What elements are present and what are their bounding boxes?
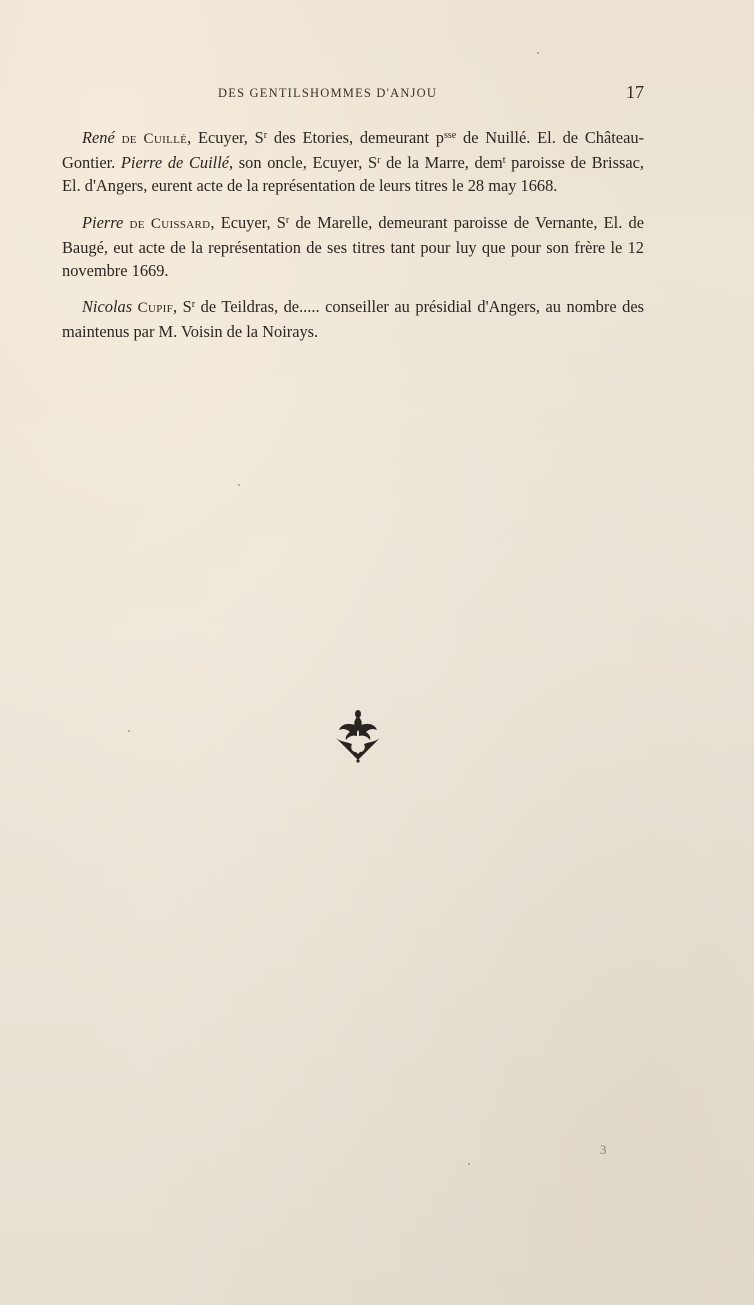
paper-speck xyxy=(238,484,240,486)
paper-speck xyxy=(468,1163,470,1165)
entry-text: des Etories, demeurant p xyxy=(267,128,444,147)
signature-mark: 3 xyxy=(600,1142,607,1158)
body-text: René de Cuillé, Ecuyer, Sr des Etories, … xyxy=(62,126,644,357)
surname: Cupif xyxy=(138,300,173,316)
entry-text: de la Marre, dem xyxy=(380,153,502,172)
running-head: DES GENTILSHOMMES D'ANJOU 17 xyxy=(62,86,644,106)
entry-nicolas-cupif: Nicolas Cupif, Sr de Teildras, de..... c… xyxy=(62,295,644,343)
given-name: René xyxy=(82,128,115,147)
paper-speck xyxy=(128,730,130,732)
entry-text: , Ecuyer, S xyxy=(187,128,264,147)
fleuron-icon xyxy=(333,708,383,764)
entry-text: , S xyxy=(173,297,192,316)
entry-text: , son oncle, Ecuyer, S xyxy=(229,153,377,172)
paper-speck xyxy=(537,52,539,54)
page-number: 17 xyxy=(626,82,644,103)
entry-rene-de-cuille: René de Cuillé, Ecuyer, Sr des Etories, … xyxy=(62,126,644,198)
entry-pierre-de-cuissard: Pierre de Cuissard, Ecuyer, Sr de Marell… xyxy=(62,211,644,283)
entry-text: , Ecuyer, S xyxy=(210,213,286,232)
surname: de Cuissard xyxy=(129,216,210,232)
surname: de Cuillé xyxy=(122,131,188,147)
given-name: Pierre xyxy=(82,213,123,232)
relative-name: Pierre de Cuillé xyxy=(121,153,229,172)
book-page: DES GENTILSHOMMES D'ANJOU 17 René de Cui… xyxy=(0,0,754,1305)
given-name: Nicolas xyxy=(82,297,132,316)
superscript: sse xyxy=(444,130,456,141)
running-title: DES GENTILSHOMMES D'ANJOU xyxy=(218,86,437,101)
